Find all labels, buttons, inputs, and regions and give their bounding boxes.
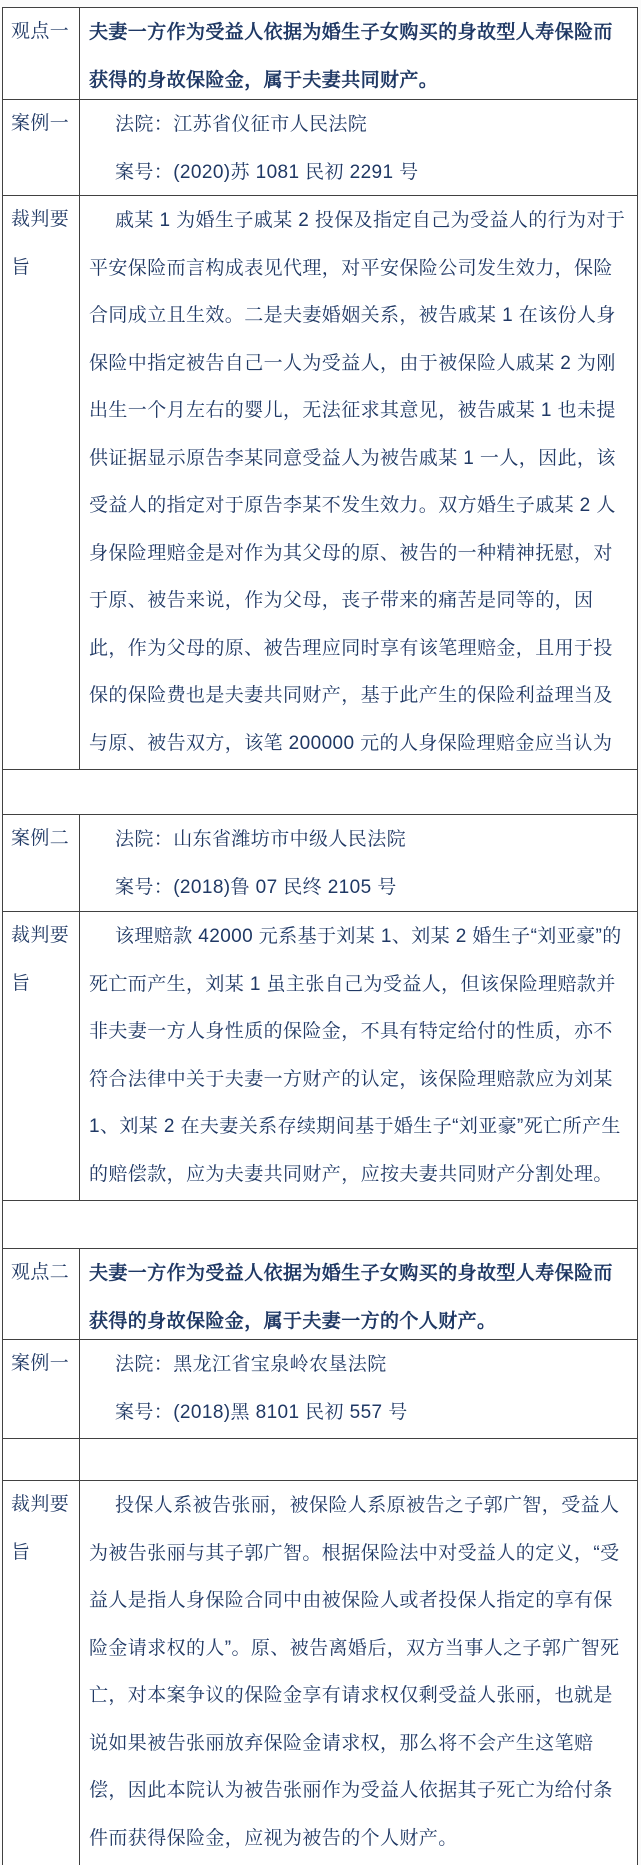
viewpoint-text: 夫妻一方作为受益人依据为婚生子女购买的身故型人寿保险而获得的身故保险金，属于夫妻… [89,9,629,99]
spacer-row [3,1200,637,1248]
row-label: 案例一 [3,1340,80,1438]
document-page: 观点一 夫妻一方作为受益人依据为婚生子女购买的身故型人寿保险而获得的身故保险金，… [0,0,641,1865]
case-1b-row: 案例一 法院：黑龙江省宝泉岭农垦法院 案号：(2018)黑 8101 民初 55… [3,1339,637,1438]
row-label: 案例一 [3,100,80,195]
empty-label-cell [3,1439,80,1480]
viewpoint-text: 夫妻一方作为受益人依据为婚生子女购买的身故型人寿保险而获得的身故保险金，属于夫妻… [89,1250,629,1339]
case-info-cell: 法院：黑龙江省宝泉岭农垦法院 案号：(2018)黑 8101 民初 557 号 [80,1340,637,1438]
gist-text-cell: 该理赔款 42000 元系基于刘某 1、刘某 2 婚生子“刘亚豪”的死亡而产生，… [80,912,637,1200]
gist-text-cell: 戚某 1 为婚生子戚某 2 投保及指定自己为受益人的行为对于平安保险而言构成表见… [80,196,637,769]
court-line: 法院：江苏省仪征市人民法院 [89,101,629,149]
viewpoint-1-row: 观点一 夫妻一方作为受益人依据为婚生子女购买的身故型人寿保险而获得的身故保险金，… [3,8,637,99]
viewpoint-text-cell: 夫妻一方作为受益人依据为婚生子女购买的身故型人寿保险而获得的身故保险金，属于夫妻… [80,1249,637,1339]
empty-cell [3,1201,637,1248]
gist-3-row: 裁判要旨 投保人系被告张丽，被保险人系原被告之子郭广智，受益人为被告张丽与其子郭… [3,1480,637,1865]
spacer-row-divided [3,1438,637,1480]
spacer-row [3,769,637,814]
viewpoint-text-cell: 夫妻一方作为受益人依据为婚生子女购买的身故型人寿保险而获得的身故保险金，属于夫妻… [80,8,637,99]
row-label: 裁判要旨 [3,912,80,1200]
legal-cases-table: 观点一 夫妻一方作为受益人依据为婚生子女购买的身故型人寿保险而获得的身故保险金，… [2,7,638,1865]
case-number-line: 案号：(2018)黑 8101 民初 557 号 [89,1389,629,1437]
row-label: 裁判要旨 [3,196,80,769]
row-label: 观点一 [3,8,80,99]
court-line: 法院：山东省潍坊市中级人民法院 [89,816,629,864]
gist-text: 戚某 1 为婚生子戚某 2 投保及指定自己为受益人的行为对于平安保险而言构成表见… [89,197,629,769]
case-number-line: 案号：(2018)鲁 07 民终 2105 号 [89,864,629,912]
empty-cell [3,770,637,814]
case-2-row: 案例二 法院：山东省潍坊市中级人民法院 案号：(2018)鲁 07 民终 210… [3,814,637,911]
row-label: 观点二 [3,1249,80,1339]
case-info-cell: 法院：山东省潍坊市中级人民法院 案号：(2018)鲁 07 民终 2105 号 [80,815,637,911]
gist-2-row: 裁判要旨 该理赔款 42000 元系基于刘某 1、刘某 2 婚生子“刘亚豪”的死… [3,911,637,1200]
gist-1-row: 裁判要旨 戚某 1 为婚生子戚某 2 投保及指定自己为受益人的行为对于平安保险而… [3,195,637,769]
row-label: 案例二 [3,815,80,911]
case-number-line: 案号：(2020)苏 1081 民初 2291 号 [89,149,629,196]
gist-text: 投保人系被告张丽，被保险人系原被告之子郭广智，受益人为被告张丽与其子郭广智。根据… [89,1482,629,1862]
viewpoint-2-row: 观点二 夫妻一方作为受益人依据为婚生子女购买的身故型人寿保险而获得的身故保险金，… [3,1248,637,1339]
case-1-row: 案例一 法院：江苏省仪征市人民法院 案号：(2020)苏 1081 民初 229… [3,99,637,195]
court-line: 法院：黑龙江省宝泉岭农垦法院 [89,1341,629,1389]
case-info-cell: 法院：江苏省仪征市人民法院 案号：(2020)苏 1081 民初 2291 号 [80,100,637,195]
gist-text: 该理赔款 42000 元系基于刘某 1、刘某 2 婚生子“刘亚豪”的死亡而产生，… [89,913,629,1198]
gist-text-cell: 投保人系被告张丽，被保险人系原被告之子郭广智，受益人为被告张丽与其子郭广智。根据… [80,1481,637,1865]
empty-cell [80,1439,637,1480]
row-label: 裁判要旨 [3,1481,80,1865]
